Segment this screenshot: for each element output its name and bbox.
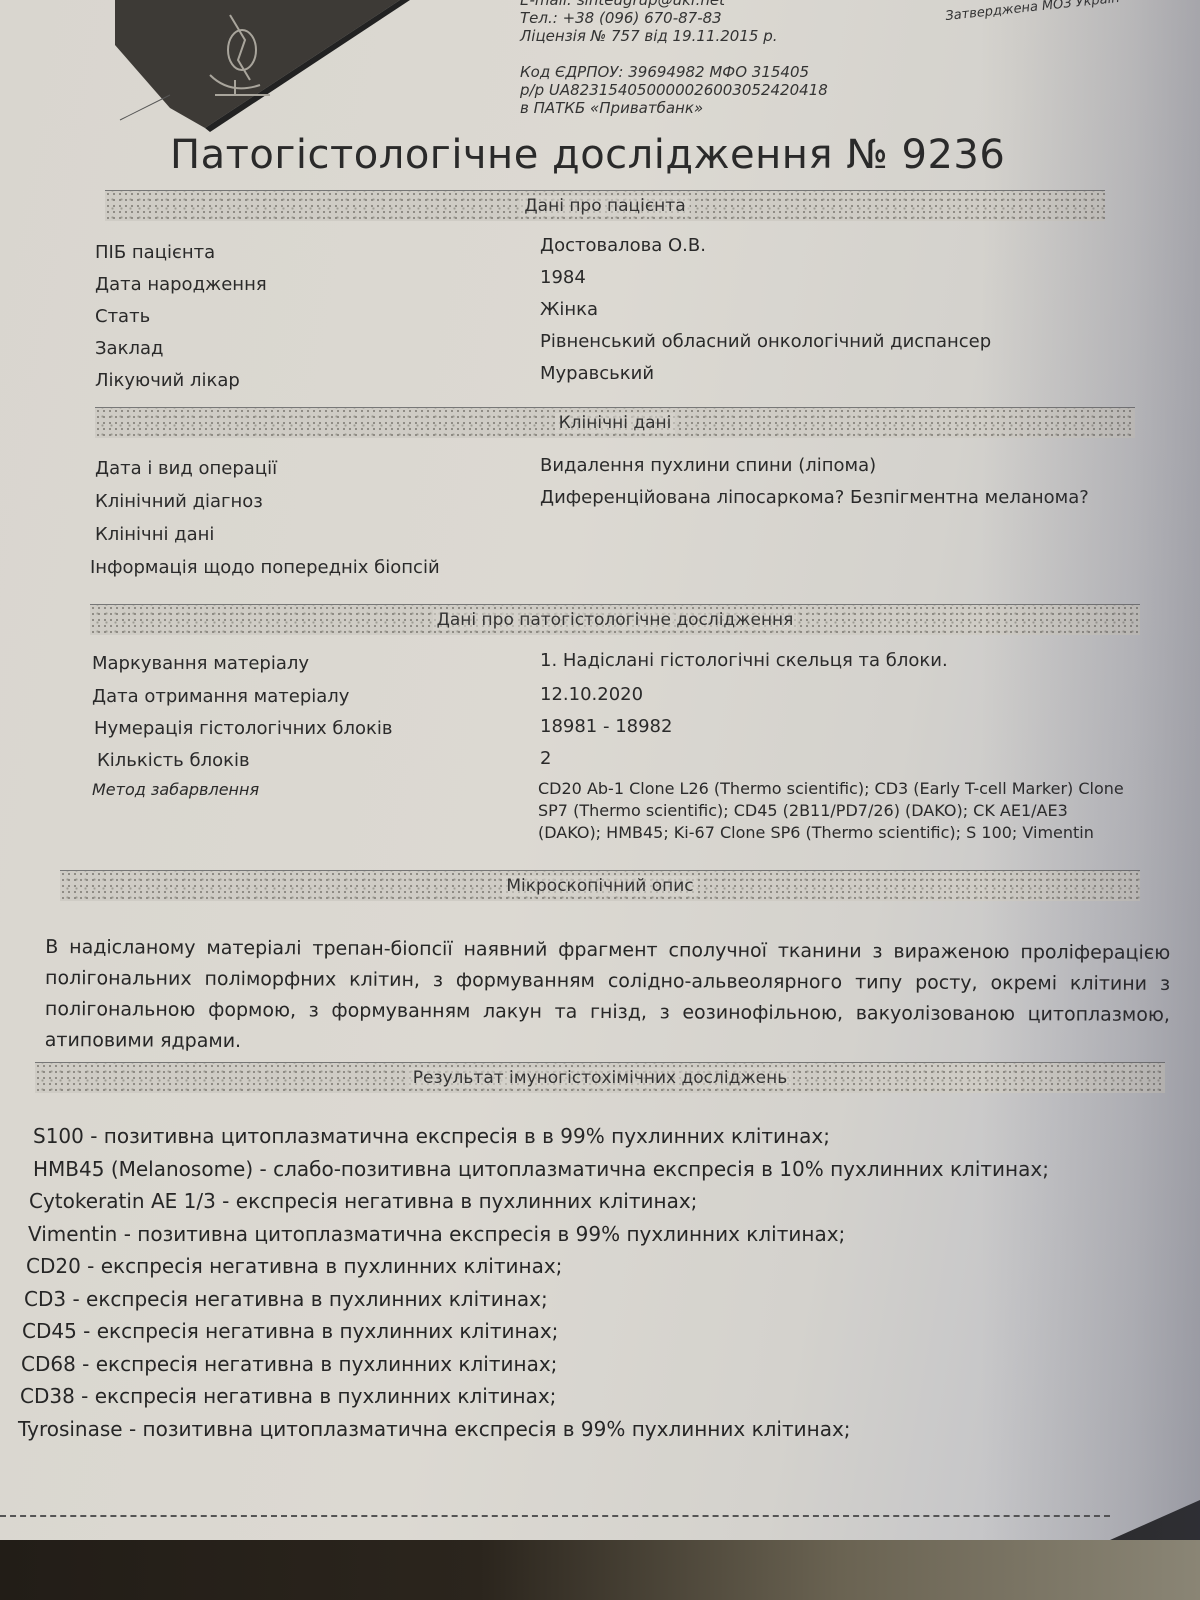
- field-label: Дата отримання матеріалу: [92, 686, 349, 707]
- section-title: Мікроскопічний опис: [502, 876, 697, 896]
- ihc-result-item: CD68 - експресія негативна в пухлинних к…: [18, 1348, 1178, 1381]
- field-label: Кількість блоків: [97, 750, 250, 771]
- field-value: 2: [540, 748, 551, 769]
- section-title: Дані про патогістологічне дослідження: [433, 610, 798, 630]
- field-value: Диференційована ліпосаркома? Безпігментн…: [540, 487, 1089, 508]
- corner-decoration: [1110, 1500, 1200, 1540]
- section-title: Дані про пацієнта: [520, 196, 689, 216]
- field-label: Дата народження: [95, 274, 267, 295]
- section-header-microscopy: Мікроскопічний опис: [60, 870, 1140, 901]
- ihc-result-item: CD20 - експресія негативна в пухлинних к…: [18, 1250, 1178, 1283]
- bank-line: в ПАТКБ «Приватбанк»: [520, 99, 828, 117]
- account-line: р/р UA823154050000026003052420418: [520, 81, 828, 99]
- field-label: Дата і вид операції: [95, 458, 277, 479]
- section-header-study: Дані про патогістологічне дослідження: [90, 604, 1140, 635]
- field-label: Інформація щодо попередніх біопсій: [90, 557, 440, 578]
- staining-method-value: CD20 Ab-1 Clone L26 (Thermo scientific);…: [538, 778, 1128, 844]
- field-value: Видалення пухлини спини (ліпома): [540, 455, 876, 476]
- license-line: Ліцензія № 757 від 19.11.2015 р.: [520, 27, 828, 45]
- ihc-result-item: Cytokeratin AE 1/3 - експресія негативна…: [18, 1185, 1178, 1218]
- field-value: 1. Надіслані гістологічні скельця та бло…: [540, 650, 948, 671]
- field-value: Муравський: [540, 363, 654, 384]
- field-label: Заклад: [95, 338, 163, 359]
- field-value: 18981 - 18982: [540, 716, 672, 737]
- ihc-result-item: S100 - позитивна цитоплазматична експрес…: [18, 1120, 1178, 1153]
- field-label: Клінічні дані: [95, 524, 214, 545]
- field-value: Жінка: [540, 299, 598, 320]
- field-value: Достовалова О.В.: [540, 235, 706, 256]
- ihc-results-list: S100 - позитивна цитоплазматична експрес…: [18, 1120, 1178, 1445]
- field-label: Клінічний діагноз: [95, 491, 263, 512]
- approval-stamp-text: Затверджена МОЗ Україн: [945, 0, 1121, 24]
- field-label: Нумерація гістологічних блоків: [94, 718, 393, 739]
- field-value: 1984: [540, 267, 586, 288]
- field-value: 12.10.2020: [540, 684, 643, 705]
- edrpou-line: Код ЄДРПОУ: 39694982 МФО 315405: [520, 63, 828, 81]
- section-title: Результат імуногістохімічних досліджень: [409, 1068, 792, 1088]
- staining-method-label: Метод забарвлення: [92, 780, 259, 799]
- microscope-icon: [110, 0, 410, 132]
- section-header-patient: Дані про пацієнта: [105, 190, 1105, 221]
- document-title: Патогістологічне дослідження № 9236: [170, 132, 1005, 178]
- phone-line: Тел.: +38 (096) 670-87-83: [520, 9, 828, 27]
- field-label: Стать: [95, 306, 150, 327]
- ihc-result-item: HMB45 (Melanosome) - слабо-позитивна цит…: [18, 1153, 1173, 1186]
- ihc-result-item: Tyrosinase - позитивна цитоплазматична е…: [18, 1413, 1178, 1446]
- field-label: Маркування матеріалу: [92, 653, 309, 674]
- bottom-divider: [0, 1515, 1110, 1517]
- document-paper: E-mail: sinteugrup@ukr.net Тел.: +38 (09…: [0, 0, 1200, 1540]
- desk-background: [0, 1540, 1200, 1600]
- ihc-result-item: Vimentin - позитивна цитоплазматична екс…: [18, 1218, 1178, 1251]
- header-contacts: E-mail: sinteugrup@ukr.net Тел.: +38 (09…: [520, 0, 828, 117]
- field-label: ПІБ пацієнта: [95, 242, 215, 263]
- microscopy-description: В надісланому матеріалі трепан-біопсії н…: [45, 932, 1171, 1062]
- section-header-clinical: Клінічні дані: [95, 407, 1135, 438]
- ihc-result-item: CD38 - експресія негативна в пухлинних к…: [18, 1380, 1178, 1413]
- email-line: E-mail: sinteugrup@ukr.net: [520, 0, 828, 9]
- field-label: Лікуючий лікар: [95, 370, 240, 391]
- section-header-ihc: Результат імуногістохімічних досліджень: [35, 1062, 1165, 1093]
- ihc-result-item: CD3 - експресія негативна в пухлинних кл…: [18, 1283, 1178, 1316]
- ihc-result-item: CD45 - експресія негативна в пухлинних к…: [18, 1315, 1178, 1348]
- section-title: Клінічні дані: [555, 413, 676, 433]
- field-value: Рівненський обласний онкологічний диспан…: [540, 331, 991, 352]
